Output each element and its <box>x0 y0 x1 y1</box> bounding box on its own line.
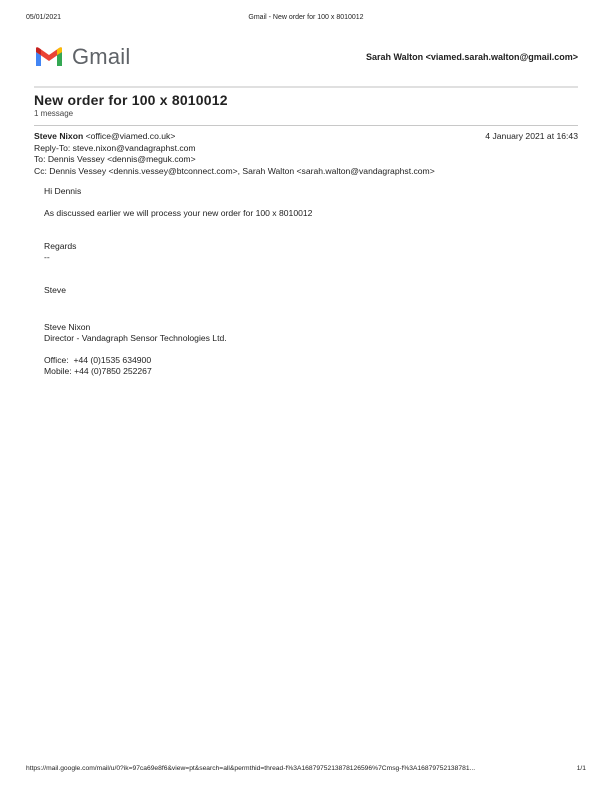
thread-subject: New order for 100 x 8010012 <box>34 92 228 108</box>
reply-to-line: Reply-To: steve.nixon@vandagraphst.com <box>34 143 578 155</box>
gmail-logo-icon <box>34 46 64 68</box>
gmail-wordmark: Gmail <box>72 44 130 70</box>
divider <box>34 86 578 88</box>
divider <box>34 125 578 126</box>
account-identity: Sarah Walton <viamed.sarah.walton@gmail.… <box>366 52 578 62</box>
signoff: Steve <box>44 285 312 296</box>
to-line: To: Dennis Vessey <dennis@meguk.com> <box>34 154 578 166</box>
greeting: Hi Dennis <box>44 186 312 197</box>
message-count: 1 message <box>34 109 73 118</box>
signature-separator: -- <box>44 252 312 263</box>
body-line: As discussed earlier we will process you… <box>44 208 312 219</box>
regards: Regards <box>44 241 312 252</box>
office-phone: Office: +44 (0)1535 634900 <box>44 355 312 366</box>
message-body: Hi Dennis As discussed earlier we will p… <box>44 186 312 377</box>
print-title: Gmail - New order for 100 x 8010012 <box>0 14 612 21</box>
mobile-phone: Mobile: +44 (0)7850 252267 <box>44 366 312 377</box>
signature-name: Steve Nixon <box>44 322 312 333</box>
print-header: 05/01/2021 Gmail - New order for 100 x 8… <box>0 14 612 26</box>
print-footer: https://mail.google.com/mail/u/0?ik=97ca… <box>26 765 586 772</box>
sender-name: Steve Nixon <box>34 131 83 141</box>
cc-line: Cc: Dennis Vessey <dennis.vessey@btconne… <box>34 166 578 178</box>
print-url: https://mail.google.com/mail/u/0?ik=97ca… <box>26 765 475 772</box>
page-number: 1/1 <box>577 765 586 772</box>
message-header: Steve Nixon <office@viamed.co.uk> 4 Janu… <box>34 131 578 177</box>
gmail-brand: Gmail <box>34 44 130 70</box>
signature-title: Director - Vandagraph Sensor Technologie… <box>44 333 312 344</box>
message-date: 4 January 2021 at 16:43 <box>485 131 578 143</box>
sender-email: <office@viamed.co.uk> <box>86 131 176 141</box>
